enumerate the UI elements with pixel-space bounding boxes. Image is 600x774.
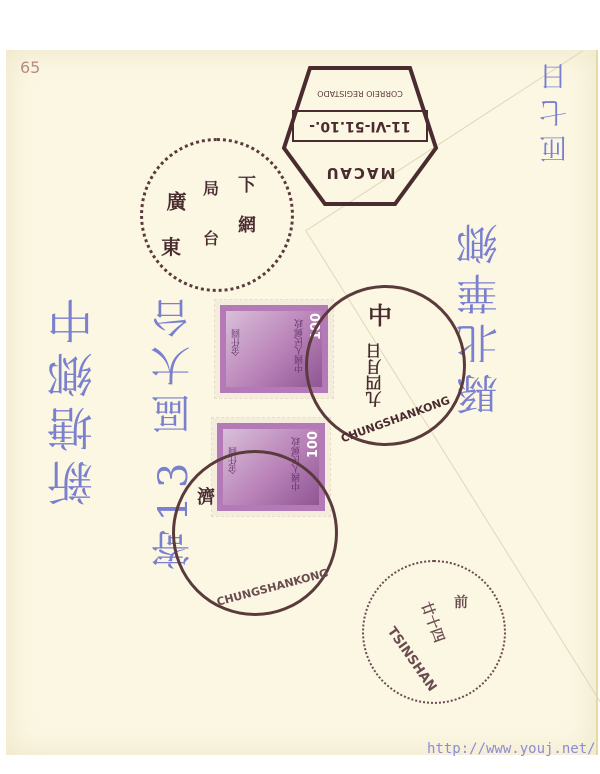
tsinshan-postmark: 前 廿十四 TSINSHAN: [362, 560, 506, 704]
pencil-note: 65: [20, 58, 40, 77]
postmark-top-chars: 前: [454, 592, 468, 612]
postmark-char: 網: [238, 211, 256, 237]
macau-hex-postmark: MACAU 11-VI-51.10.- CORREIO REGISTADO: [280, 58, 440, 208]
postmark-char: 廣: [161, 191, 190, 211]
postmark-char: 台: [203, 226, 219, 249]
chungshankong-postmark-lower: 濟 CHUNGSHANKONG: [172, 450, 338, 616]
postmark-date-chars: 廿十四: [416, 599, 449, 645]
postmark-sub: CORREIO REGISTADO: [280, 89, 440, 98]
handwriting-date: 匝七日: [535, 55, 575, 163]
stamp-denomination: 100: [306, 431, 321, 458]
handwriting-left-column: 新塘鄉中: [40, 290, 106, 506]
watermark-url: http://www.youj.net/: [427, 741, 596, 757]
postmark-date: 11-VI-51.10.-: [292, 110, 428, 142]
chungshankong-postmark-center: 中 九四月日 CHUNGSHANKONG: [305, 285, 466, 446]
postmark-partial-char: 濟: [197, 483, 215, 509]
postmark-city: MACAU: [280, 164, 440, 182]
stamp-text-left: 金仟圓: [230, 329, 243, 356]
postmark-char: 局: [203, 176, 219, 199]
dotted-postmark-left: 廣 東 下 網 局 台: [140, 138, 294, 292]
postmark-top-char: 中: [368, 296, 392, 331]
postmark-char: 下: [238, 171, 256, 197]
postmark-date-chars: 九四月日: [363, 343, 386, 407]
postmark-char: 東: [161, 231, 181, 260]
